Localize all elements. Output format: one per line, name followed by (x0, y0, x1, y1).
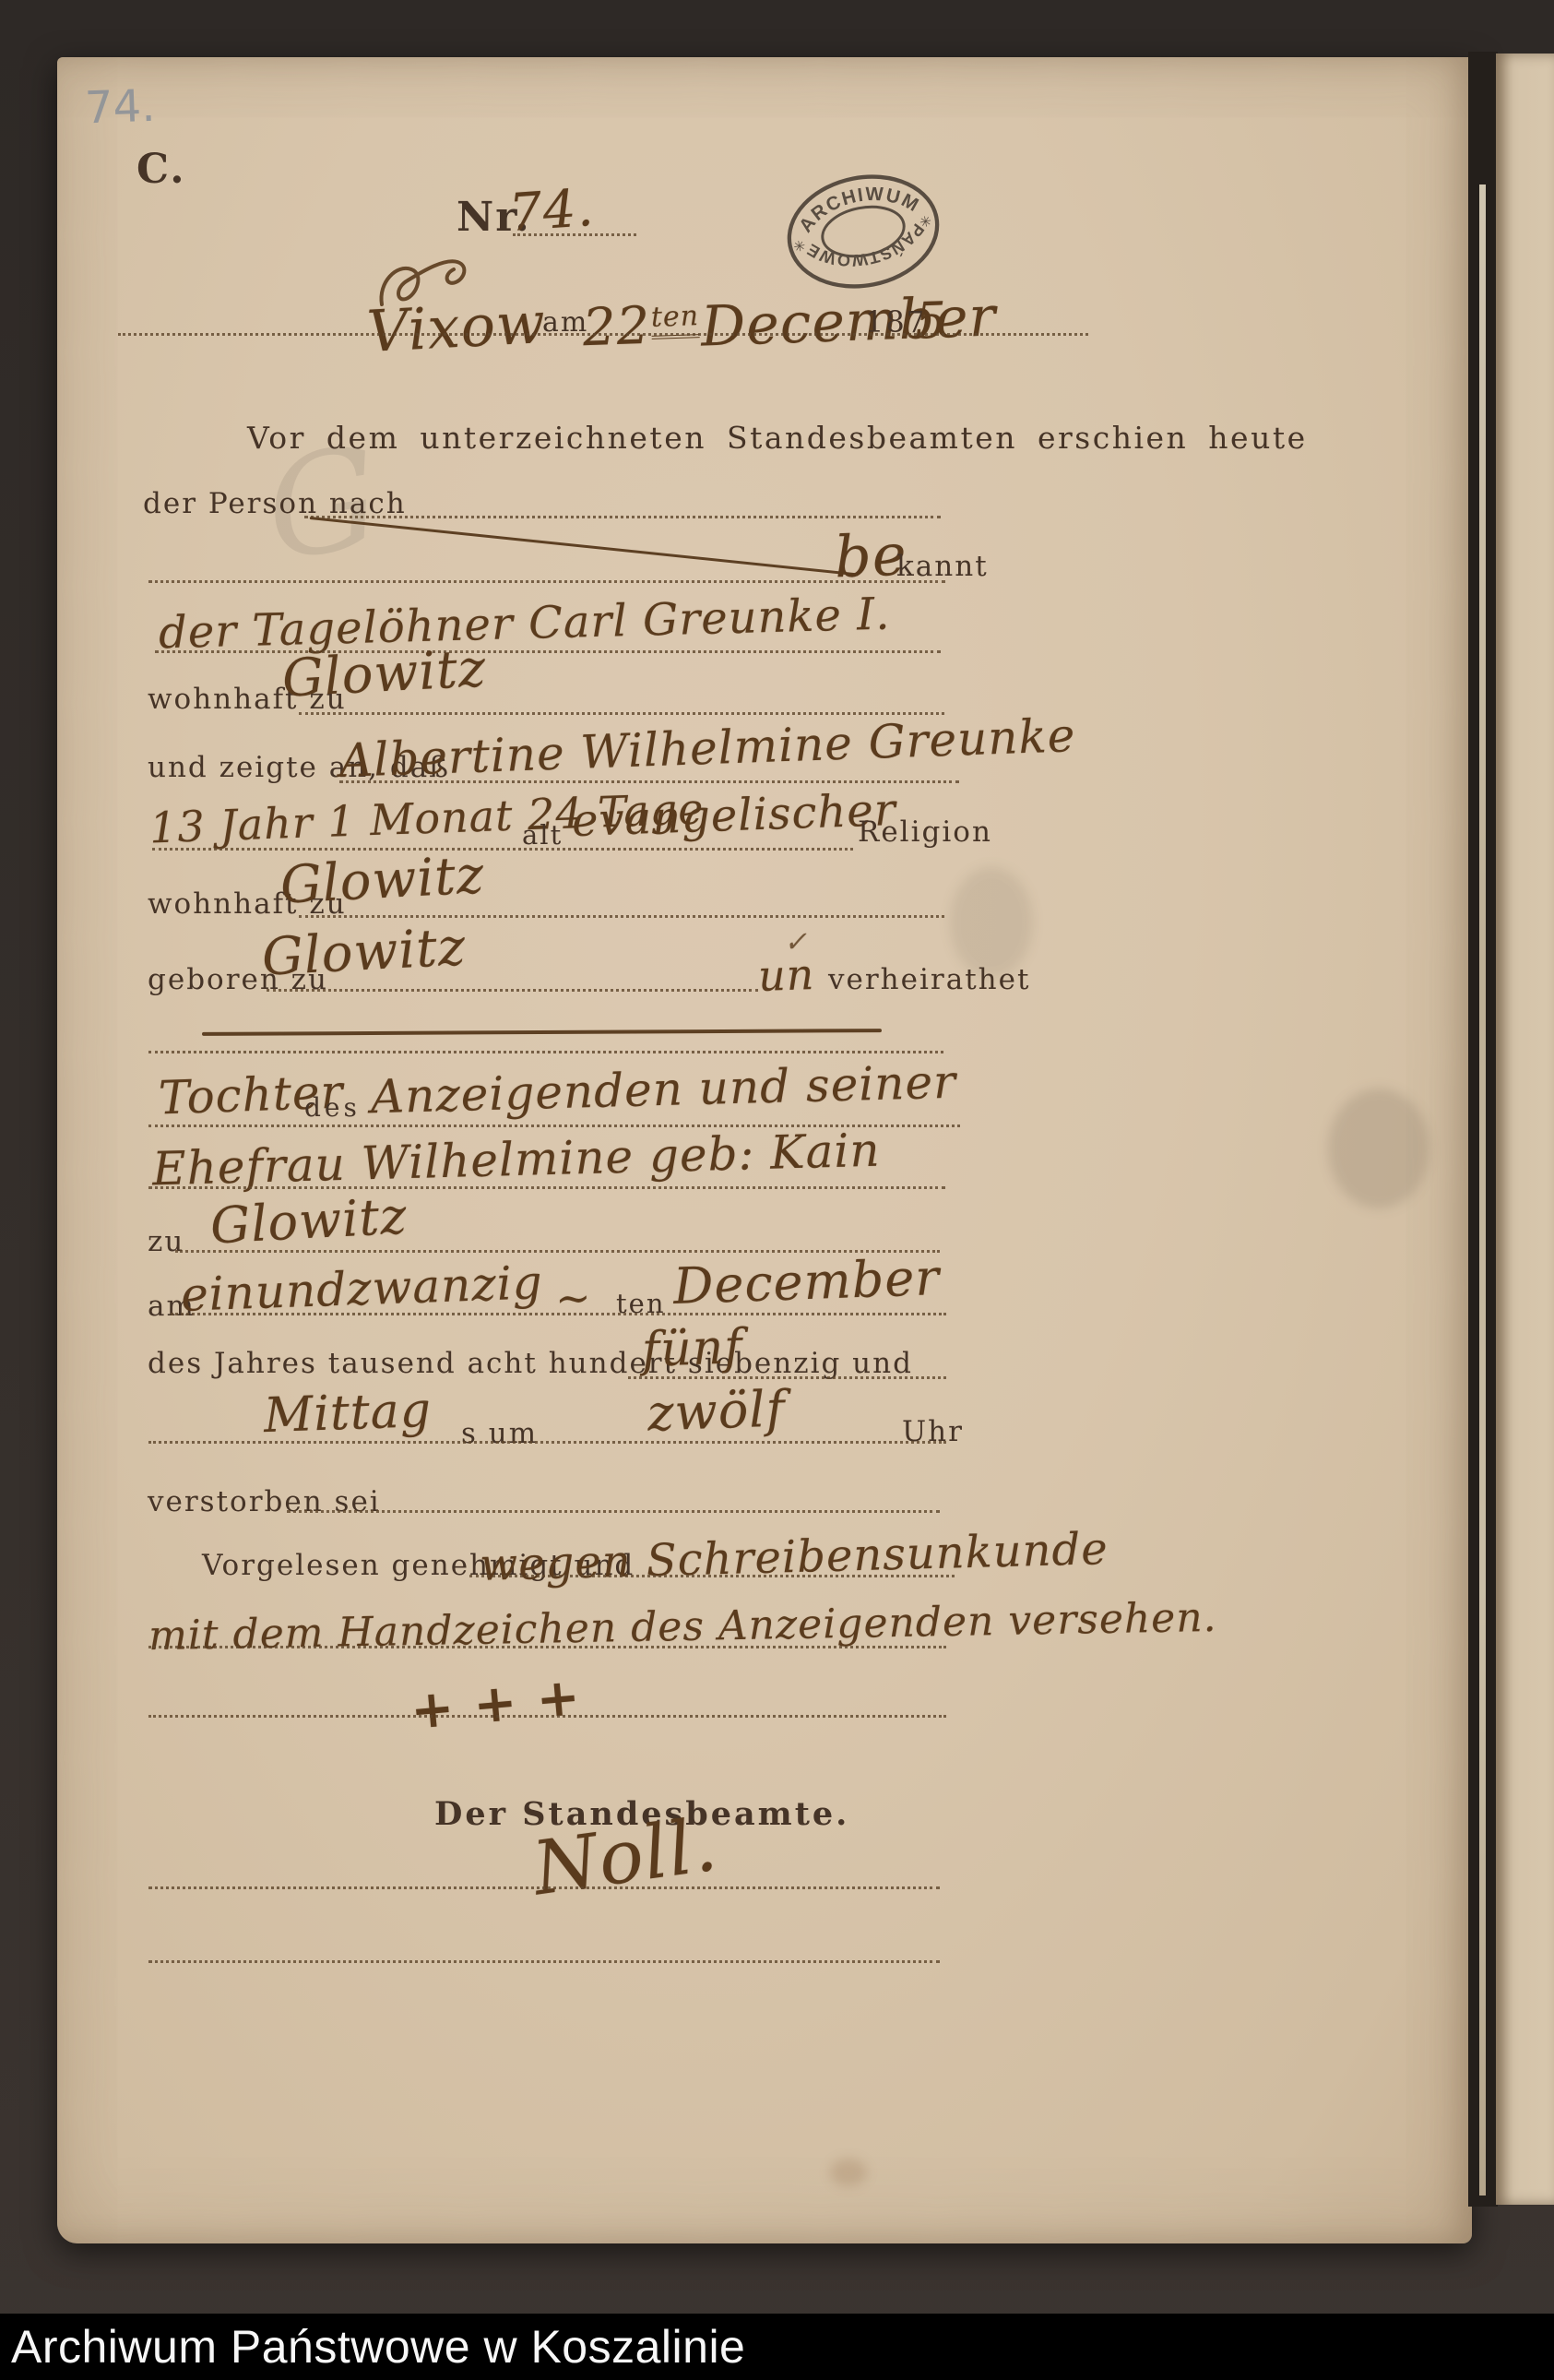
dotted-line-final (148, 1960, 940, 1963)
dotted-line-ehefrau (148, 1186, 945, 1189)
stamp-star-right: ✳ (919, 214, 933, 232)
dotted-line-uhr (148, 1441, 946, 1444)
form-letter: C. (136, 146, 186, 193)
dotted-line-crosses (148, 1715, 946, 1718)
des-label: des (304, 1092, 361, 1123)
verstorben-label: verstorben sei (148, 1485, 381, 1518)
dotted-line-date (118, 333, 1088, 336)
dotted-line-wohnhaft1 (299, 712, 944, 715)
place-name: Vixow (365, 289, 547, 365)
dotted-line-vorgelesen (469, 1575, 955, 1577)
intro-line: Vor dem unterzeichneten Standesbeamten e… (247, 420, 1308, 456)
dotted-line-bekannt (148, 580, 945, 583)
death-place: Glowitz (208, 1186, 409, 1255)
dotted-line-wohnhaft2 (299, 915, 944, 918)
day-value: 22 (582, 296, 651, 359)
year-digit: 5 (914, 291, 949, 350)
paper-stain (830, 2159, 867, 2186)
dotted-line-verstorben (287, 1510, 940, 1513)
daytime-word: Mittag (263, 1383, 433, 1444)
dotted-line-jahr (628, 1376, 946, 1379)
pencil-archive-number: 74. (84, 80, 156, 135)
dotted-line-divider (148, 1051, 943, 1053)
dotted-line-declarant (155, 650, 941, 653)
next-page-edge (1496, 54, 1554, 2205)
residence-1: Glowitz (280, 638, 487, 708)
year-word: fünf (641, 1319, 744, 1378)
svg-text:PAŃSTWOWE: PAŃSTWOWE (801, 218, 932, 280)
page-edge-crack (1479, 184, 1486, 2196)
connector-squiggle: ~ (554, 1272, 592, 1323)
dotted-line-signature (148, 1886, 940, 1889)
residence-2: Glowitz (279, 845, 485, 915)
alt-label: alt (522, 819, 563, 851)
s-um-label: s um (461, 1417, 538, 1450)
dotted-line-age (152, 848, 853, 851)
hour-word: zwölf (647, 1379, 787, 1442)
dotted-line-am2 (171, 1313, 946, 1315)
ink-smudge (950, 867, 1033, 978)
dotted-line-zeigte (339, 780, 959, 783)
month-value: December (700, 284, 997, 359)
zu-label: zu (148, 1225, 184, 1258)
dotted-line-geboren (267, 989, 758, 992)
religion-label: Religion (858, 815, 992, 849)
dotted-line-person (304, 516, 941, 518)
un-prefix: un (757, 949, 815, 1001)
ink-smudge (1328, 1089, 1429, 1208)
dotted-line-nr (513, 233, 636, 236)
birthplace: Glowitz (260, 917, 467, 987)
scanned-document-view: 74. C. G Nr. 74. ARCHIWUM PAŃSTWOWE ✳ ✳ … (0, 0, 1554, 2380)
stamp-star-left: ✳ (792, 238, 807, 256)
dotted-line-handzeichen (148, 1646, 946, 1648)
stamp-text-bottom: PAŃSTWOWE (801, 218, 932, 280)
kannt-label: kannt (896, 550, 989, 583)
archive-name-label: Archiwum Państwowe w Koszalinie (0, 2320, 745, 2374)
death-month: December (672, 1248, 941, 1315)
year-line-label: des Jahres tausend acht hundert siebenzi… (148, 1347, 913, 1380)
archive-footer-bar: Archiwum Państwowe w Koszalinie (0, 2314, 1554, 2380)
